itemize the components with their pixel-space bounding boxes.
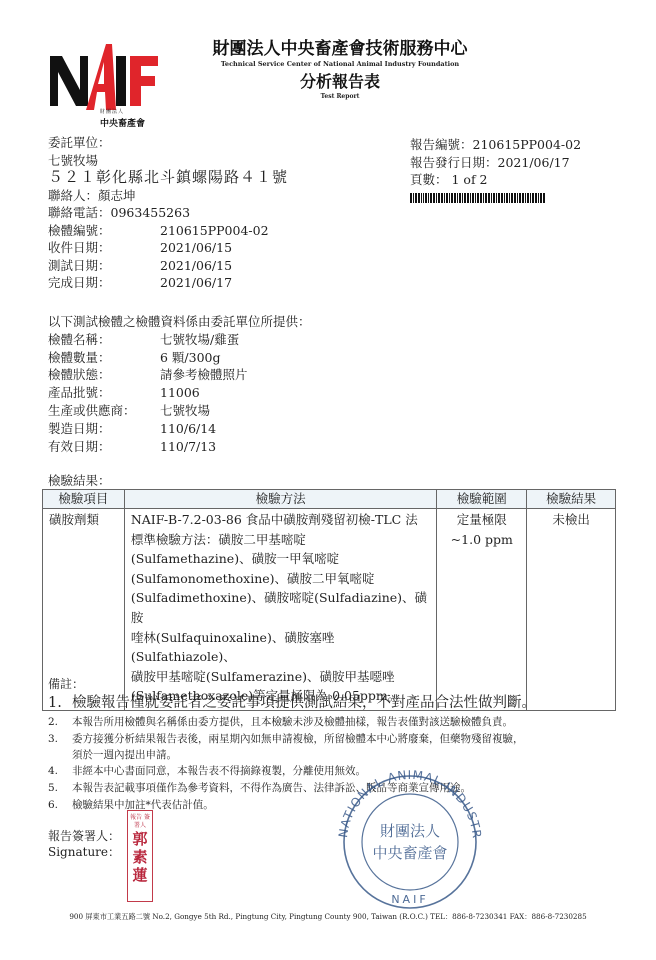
received-date-row: 收件日期： 2021/06/15 [48, 239, 288, 257]
table-header-row: 檢驗項目 檢驗方法 檢驗範圍 檢驗結果 [43, 490, 616, 509]
stamp-name-char: 素 [128, 848, 152, 866]
report-number-row: 報告編號：210615PP004-02 [410, 136, 581, 154]
official-seal-icon: NATIONAL ANIMAL INDUSTRY FOUNDATION 財團法人… [325, 770, 495, 910]
stamp-caption: 報告 簽署人 [128, 811, 152, 830]
note-item: 2. 本報告所用檢體與名稱係由委方提供，且本檢驗未涉及檢體抽樣，報告表僅對該送驗… [48, 714, 536, 731]
header-item: 檢驗項目 [43, 490, 125, 509]
note-number: 5. [48, 780, 72, 797]
field-value: 110/7/13 [160, 438, 216, 456]
note-number: 6. [48, 797, 72, 814]
note-text: 檢驗報告僅就委託者之委託事項提供測試結果，不對產品合法性做判斷。 [72, 692, 536, 714]
phone-value: 0963455263 [111, 204, 191, 222]
completed-date-row: 完成日期： 2021/06/17 [48, 274, 288, 292]
client-unit-label: 委託單位： [48, 134, 288, 152]
sample-intro: 以下測試檢體之檢體資料係由委託單位所提供： [48, 313, 311, 331]
pages-row: 頁數： 1 of 2 [410, 171, 581, 189]
cell-result: 未檢出 [527, 509, 616, 711]
stamp-name-char: 郭 [128, 830, 152, 848]
note-text: 非經本中心書面同意，本報告表不得摘錄複製，分離使用無效。 [72, 763, 366, 780]
method-line: (Sulfadimethoxine)、磺胺嘧啶(Sulfadiazine)、磺胺 [131, 588, 431, 627]
header-result: 檢驗結果 [527, 490, 616, 509]
field-label: 收件日期： [48, 239, 160, 257]
logo-sub-big: 中央畜產會 [100, 116, 145, 129]
report-title-cn: 分析報告表 [190, 71, 490, 93]
seal-center-line1: 財團法人 [380, 822, 440, 840]
method-line: 喹林(Sulfaquinoxaline)、磺胺塞唑(Sulfathiazole)… [131, 628, 431, 667]
logo-subtitle: 財團法人 中央畜產會 [100, 108, 145, 129]
range-line: 定量極限 [443, 510, 520, 530]
signature-block: 報告簽署人： Signature： [48, 828, 120, 860]
field-value: 6 顆/300g [160, 349, 221, 367]
stamp-name-char: 蓮 [128, 866, 152, 884]
report-info: 報告編號：210615PP004-02 報告發行日期：2021/06/17 頁數… [410, 136, 581, 203]
header-range: 檢驗範圍 [437, 490, 527, 509]
contact-name: 顏志坤 [98, 187, 136, 205]
client-info: 委託單位： 七號牧場 ５２１彰化縣北斗鎮螺陽路４１號 聯絡人： 顏志坤 聯絡電話… [48, 134, 288, 292]
org-name-cn: 財團法人中央畜產會技術服務中心 [190, 38, 490, 60]
note-item: 3. 委方接獲分析結果報告表後，兩星期內如無申請複檢，所留檢體本中心將廢棄，但藥… [48, 731, 536, 748]
expiry-date-row: 有效日期： 110/7/13 [48, 438, 311, 456]
report-header: 財團法人中央畜產會技術服務中心 Technical Service Center… [190, 38, 490, 101]
notes-title: 備註： [48, 676, 536, 692]
signature-label-en: Signature： [48, 844, 120, 860]
field-label: 檢體數量： [48, 349, 160, 367]
pages-label: 頁數： [410, 172, 448, 187]
sample-info: 以下測試檢體之檢體資料係由委託單位所提供： 檢體名稱： 七號牧場/雞蛋 檢體數量… [48, 313, 311, 455]
barcode-icon [410, 193, 581, 203]
field-label: 完成日期： [48, 274, 160, 292]
signature-stamp-icon: 報告 簽署人 郭 素 蓮 [127, 810, 153, 902]
field-value: 請參考檢體照片 [160, 366, 248, 384]
naif-logo: 財團法人 中央畜產會 [50, 44, 160, 124]
field-label: 檢體狀態： [48, 366, 160, 384]
client-contact: 聯絡人： 顏志坤 [48, 187, 288, 205]
note-item: 1. 檢驗報告僅就委託者之委託事項提供測試結果，不對產品合法性做判斷。 [48, 692, 536, 714]
note-text: 委方接獲分析結果報告表後，兩星期內如無申請複檢，所留檢體本中心將廢棄，但藥物殘留… [72, 731, 524, 748]
phone-label: 聯絡電話： [48, 204, 111, 222]
results-title: 檢驗結果： [48, 471, 111, 489]
pages-value: 1 of 2 [448, 172, 488, 187]
header-method: 檢驗方法 [124, 490, 437, 509]
field-label: 產品批號： [48, 384, 160, 402]
method-line: (Sulfamonomethoxine)、磺胺二甲氧嘧啶 [131, 569, 431, 589]
field-value: 七號牧場/雞蛋 [160, 331, 239, 349]
note-number: 2. [48, 714, 72, 731]
field-value: 110/6/14 [160, 420, 216, 438]
note-number: 1. [48, 692, 72, 714]
seal-bottom: NAIF [391, 893, 428, 906]
sample-state-row: 檢體狀態： 請參考檢體照片 [48, 366, 311, 384]
test-date-row: 測試日期： 2021/06/15 [48, 257, 288, 275]
note-number: 4. [48, 763, 72, 780]
client-phone: 聯絡電話： 0963455263 [48, 204, 288, 222]
field-value: 2021/06/15 [160, 239, 232, 257]
report-number-label: 報告編號： [410, 137, 473, 152]
sample-name-row: 檢體名稱： 七號牧場/雞蛋 [48, 331, 311, 349]
seal-center-line2: 中央畜產會 [372, 844, 447, 862]
signature-label-cn: 報告簽署人： [48, 828, 120, 844]
field-label: 生產或供應商： [48, 402, 160, 420]
field-label: 測試日期： [48, 257, 160, 275]
issue-date-label: 報告發行日期： [410, 155, 498, 170]
method-line: NAIF-B-7.2-03-86 食品中磺胺劑殘留初檢-TLC 法 [131, 510, 431, 530]
note-text: 本報告所用檢體與名稱係由委方提供，且本檢驗未涉及檢體抽樣，報告表僅對該送驗檢體負… [72, 714, 513, 731]
field-value: 七號牧場 [160, 402, 210, 420]
report-number: 210615PP004-02 [473, 137, 582, 152]
field-label: 檢體編號： [48, 222, 160, 240]
issue-date: 2021/06/17 [498, 155, 570, 170]
sample-quantity-row: 檢體數量： 6 顆/300g [48, 349, 311, 367]
client-address: ５２１彰化縣北斗鎮螺陽路４１號 [48, 169, 288, 187]
client-name: 七號牧場 [48, 152, 288, 170]
manufacture-date-row: 製造日期： 110/6/14 [48, 420, 311, 438]
report-title-en: Test Report [190, 93, 490, 101]
org-name-en: Technical Service Center of National Ani… [190, 60, 490, 69]
batch-number-row: 產品批號： 11006 [48, 384, 311, 402]
note-number: 3. [48, 731, 72, 748]
field-value: 11006 [160, 384, 200, 402]
method-line: 標準檢驗方法：磺胺二甲基嘧啶 [131, 530, 431, 550]
field-label: 檢體名稱： [48, 331, 160, 349]
footer-address: 900 屏東市工業五路二號 No.2, Gongye 5th Rd., Ping… [0, 912, 656, 922]
naif-logo-mark-icon [50, 44, 160, 110]
field-label: 製造日期： [48, 420, 160, 438]
sample-number-row: 檢體編號： 210615PP004-02 [48, 222, 288, 240]
field-label: 有效日期： [48, 438, 160, 456]
method-line: (Sulfamethazine)、磺胺一甲氧嘧啶 [131, 549, 431, 569]
field-value: 210615PP004-02 [160, 222, 269, 240]
logo-sub-small: 財團法人 [100, 108, 145, 115]
supplier-row: 生產或供應商： 七號牧場 [48, 402, 311, 420]
issue-date-row: 報告發行日期：2021/06/17 [410, 154, 581, 172]
range-line: ~1.0 ppm [443, 530, 520, 550]
field-value: 2021/06/17 [160, 274, 232, 292]
contact-label: 聯絡人： [48, 187, 98, 205]
field-value: 2021/06/15 [160, 257, 232, 275]
note-continuation: 須於一週內提出申請。 [48, 748, 536, 763]
